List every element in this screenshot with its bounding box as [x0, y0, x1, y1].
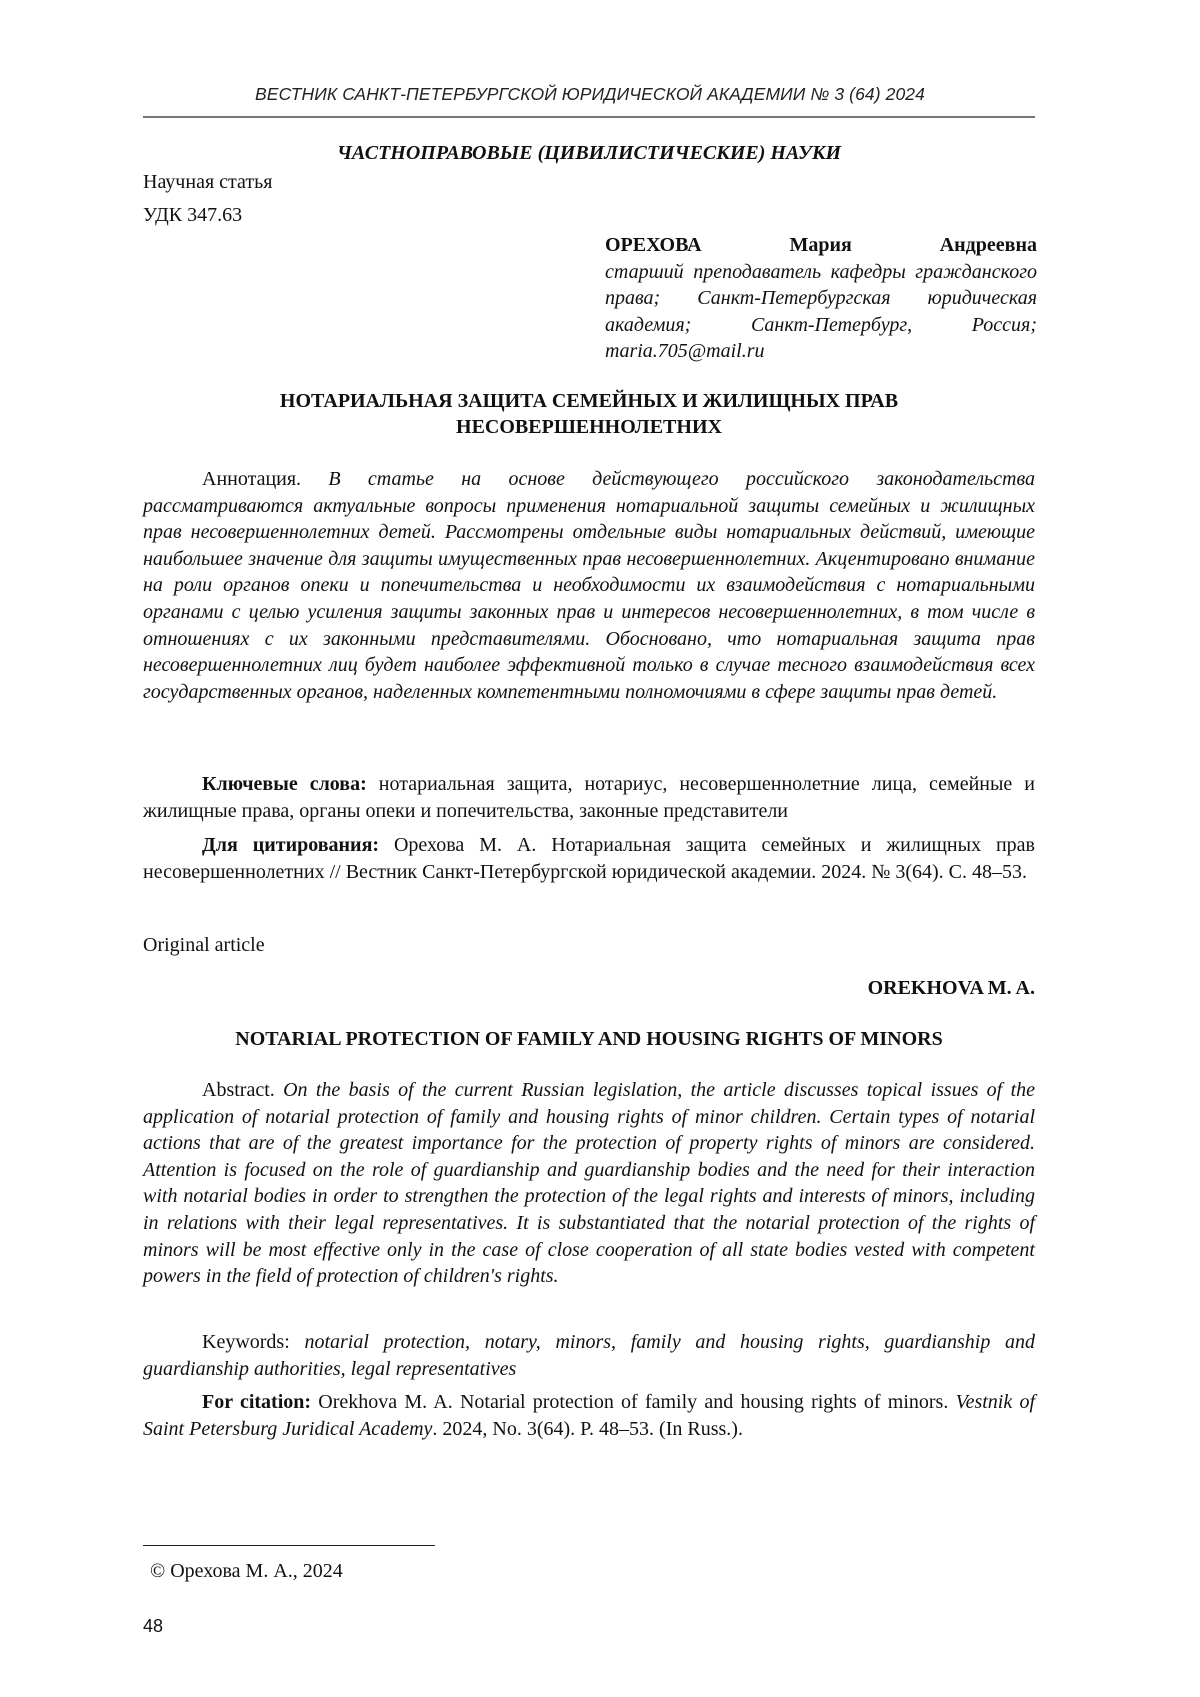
article-title-ru-line1: НОТАРИАЛЬНАЯ ЗАЩИТА СЕМЕЙНЫХ И ЖИЛИЩНЫХ … — [143, 388, 1035, 414]
keywords-ru-label: Ключевые слова: — [202, 773, 367, 795]
page-number: 48 — [143, 1616, 163, 1637]
abstract-ru-text: В статье на основе действующего российск… — [143, 468, 1035, 703]
author-en: OREKHOVA M. A. — [143, 975, 1035, 1002]
keywords-en-label: Keywords: — [202, 1331, 290, 1353]
citation-ru-label: Для цитирования: — [202, 834, 379, 856]
abstract-en-label: Abstract. — [202, 1079, 275, 1101]
udc-code: УДК 347.63 — [143, 204, 242, 227]
citation-en: For citation: Orekhova M. A. Notarial pr… — [143, 1389, 1035, 1442]
keywords-ru: Ключевые слова: нотариальная защита, нот… — [143, 771, 1035, 824]
author-affiliation: старший преподаватель кафедры гражданско… — [605, 259, 1037, 365]
abstract-ru-label: Аннотация. — [202, 468, 301, 490]
section-title: ЧАСТНОПРАВОВЫЕ (ЦИВИЛИСТИЧЕСКИЕ) НАУКИ — [143, 142, 1035, 165]
citation-en-text-before: Orekhova M. A. Notarial protection of fa… — [318, 1391, 948, 1413]
header-rule — [143, 116, 1035, 118]
author-name: ОРЕХОВА Мария Андреевна — [605, 232, 1037, 259]
article-title-en: NOTARIAL PROTECTION OF FAMILY AND HOUSIN… — [143, 1026, 1035, 1053]
abstract-en-text: On the basis of the current Russian legi… — [143, 1079, 1035, 1287]
running-header: ВЕСТНИК САНКТ-ПЕТЕРБУРГСКОЙ ЮРИДИЧЕСКОЙ … — [145, 84, 1035, 105]
keywords-en: Keywords: notarial protection, notary, m… — [143, 1329, 1035, 1382]
footnote-rule — [143, 1545, 435, 1546]
author-block: ОРЕХОВА Мария Андреевна старший преподав… — [605, 232, 1037, 365]
copyright-footnote: © Орехова М. А., 2024 — [150, 1560, 343, 1583]
citation-en-text-after: . 2024, No. 3(64). P. 48–53. (In Russ.). — [432, 1418, 743, 1440]
article-type-en: Original article — [143, 934, 265, 957]
article-title-ru: НОТАРИАЛЬНАЯ ЗАЩИТА СЕМЕЙНЫХ И ЖИЛИЩНЫХ … — [143, 388, 1035, 440]
abstract-en: Abstract. On the basis of the current Ru… — [143, 1077, 1035, 1290]
abstract-ru: Аннотация. В статье на основе действующе… — [143, 466, 1035, 705]
article-title-ru-line2: НЕСОВЕРШЕННОЛЕТНИХ — [143, 414, 1035, 440]
journal-page: ВЕСТНИК САНКТ-ПЕТЕРБУРГСКОЙ ЮРИДИЧЕСКОЙ … — [0, 0, 1200, 1697]
article-type-ru: Научная статья — [143, 171, 272, 194]
citation-ru: Для цитирования: Орехова М. А. Нотариаль… — [143, 832, 1035, 885]
citation-en-label: For citation: — [202, 1391, 311, 1413]
